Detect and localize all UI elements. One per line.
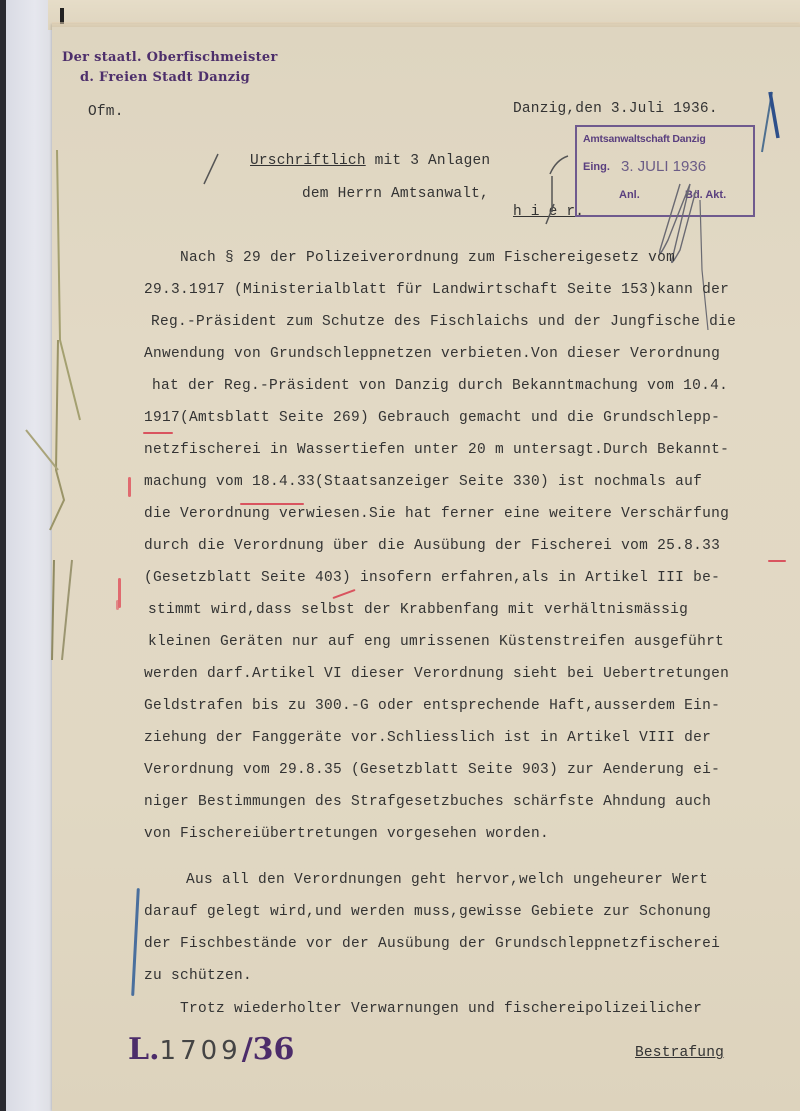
- file-number-prefix: L.: [128, 1032, 160, 1067]
- continuation-catchword: Bestrafung: [635, 1045, 724, 1061]
- receipt-office: Amtsanwaltschaft Danzig: [583, 133, 706, 145]
- body-line: ziehung der Fanggeräte vor.Schliesslich …: [144, 730, 711, 746]
- body-line: Geldstrafen bis zu 300.-G oder entsprech…: [144, 698, 720, 714]
- slash-mark-left: [196, 150, 226, 190]
- paper-fold: [52, 22, 800, 27]
- body-line: Trotz wiederholter Verwarnungen und fisc…: [180, 1001, 702, 1017]
- body-line: darauf gelegt wird,und werden muss,gewis…: [144, 904, 711, 920]
- forwarding-line: Urschriftlich mit 3 Anlagen: [250, 153, 490, 169]
- urschriftlich-underlined: Urschriftlich: [250, 153, 366, 169]
- date-line: Danzig,den 3.Juli 1936.: [513, 101, 718, 117]
- red-underline-18-4-33: [240, 503, 304, 505]
- body-line: 1917(Amtsblatt Seite 269) Gebrauch gemac…: [144, 410, 720, 426]
- file-number: L.1709/36: [128, 1032, 294, 1067]
- body-line: die Verordnung verwiesen.Sie hat ferner …: [144, 506, 729, 522]
- check-mark-hier: [538, 150, 578, 230]
- body-line: stimmt wird,dass selbst der Krabbenfang …: [148, 602, 688, 618]
- body-line: 29.3.1917 (Ministerialblatt für Landwirt…: [144, 282, 729, 298]
- blue-check-mark: [756, 88, 786, 158]
- letterhead-stamp: Der staatl. Oberfischmeister d. Freien S…: [62, 48, 278, 88]
- body-line: Reg.-Präsident zum Schutze des Fischlaic…: [151, 314, 736, 330]
- body-line: Verordnung vom 29.8.35 (Gesetzblatt Seit…: [144, 762, 720, 778]
- body-line: durch die Verordnung über die Ausübung d…: [144, 538, 720, 554]
- body-line: netzfischerei in Wassertiefen unter 20 m…: [144, 442, 729, 458]
- receipt-anl: Anl.: [619, 189, 640, 201]
- body-line: zu schützen.: [144, 968, 252, 984]
- body-line: werden darf.Artikel VI dieser Verordnung…: [144, 666, 729, 682]
- receipt-label: Eing.: [583, 161, 610, 173]
- body-line: (Gesetzblatt Seite 403) insofern erfahre…: [144, 570, 720, 586]
- body-line: Nach § 29 der Polizeiverordnung zum Fisc…: [180, 250, 675, 266]
- attachments-text: mit 3 Anlagen: [366, 153, 491, 169]
- body-line: von Fischereiübertretungen vorgesehen wo…: [144, 826, 549, 842]
- red-underline-1917: [143, 432, 173, 434]
- red-top-mark: [116, 600, 119, 610]
- red-margin-mark-1: [128, 477, 131, 497]
- file-number-handwritten: 1709: [160, 1036, 242, 1066]
- body-line: Aus all den Verordnungen geht hervor,wel…: [186, 872, 708, 888]
- body-line: hat der Reg.-Präsident von Danzig durch …: [152, 378, 728, 394]
- receipt-date: 3. JULI 1936: [621, 158, 706, 175]
- body-line: machung vom 18.4.33(Staatsanzeiger Seite…: [144, 474, 702, 490]
- body-line: kleinen Geräten nur auf eng umrissenen K…: [148, 634, 724, 650]
- body-line: niger Bestimmungen des Strafgesetzbuches…: [144, 794, 711, 810]
- body-line: Anwendung von Grundschleppnetzen verbiet…: [144, 346, 720, 362]
- recipient-line: dem Herrn Amtsanwalt,: [302, 186, 489, 202]
- red-underline-33: [768, 560, 786, 562]
- file-number-suffix: /36: [242, 1032, 295, 1067]
- body-line: der Fischbestände vor der Ausübung der G…: [144, 936, 720, 952]
- letterhead-line-1: Der staatl. Oberfischmeister: [62, 48, 278, 68]
- binding-thread: [20, 140, 100, 660]
- letterhead-line-2: d. Freien Stadt Danzig: [62, 68, 278, 88]
- reference-code: Ofm.: [88, 104, 124, 120]
